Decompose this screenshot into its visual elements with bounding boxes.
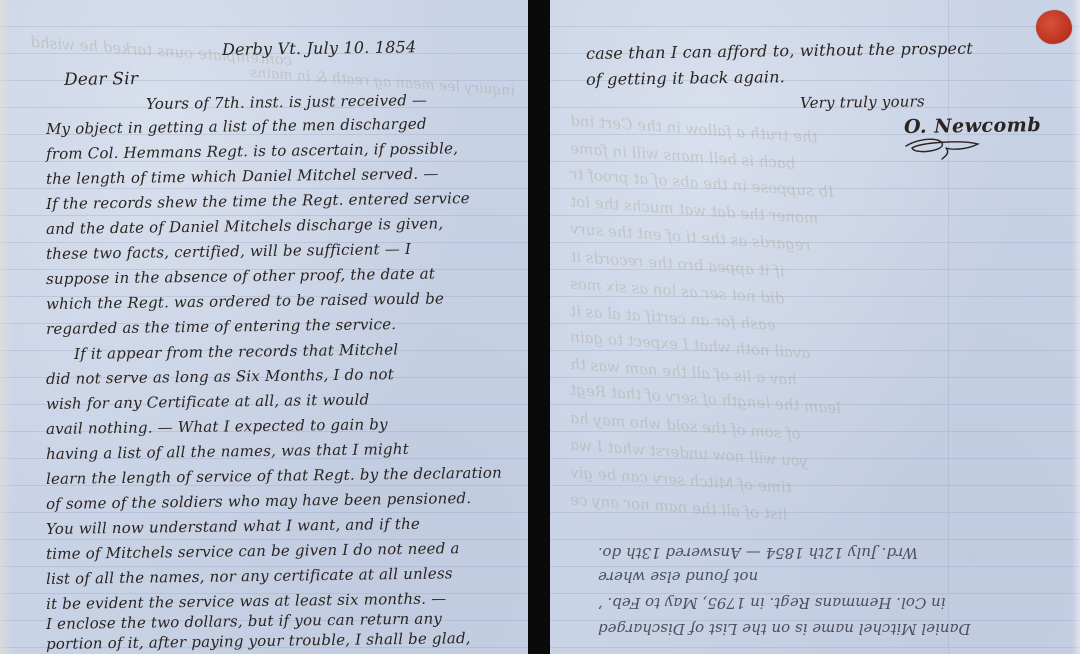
bleed-through-text: hav a lis of all the nam was th xyxy=(570,355,798,389)
letter-line: list of all the names, nor any certifica… xyxy=(46,563,453,589)
paper-edge-shading xyxy=(0,0,12,654)
letter-line: of some of the soldiers who may have bee… xyxy=(46,488,472,514)
letter-line: My object in getting a list of the men d… xyxy=(46,114,427,139)
letter-line: avail nothing. — What I expected to gain… xyxy=(46,414,388,439)
bleed-through-text: the truth a fallow in the Cert ind xyxy=(570,111,819,146)
letter-line: of getting it back again. xyxy=(586,67,785,90)
letter-line: did not serve as long as Six Months, I d… xyxy=(46,364,394,389)
bleed-through-text: time of Mitch serv can be giv xyxy=(570,463,793,496)
letter-dateline: Derby Vt. July 10. 1854 xyxy=(222,37,417,59)
wax-seal xyxy=(1036,10,1072,44)
bleed-through-text: you will now underst what I wa xyxy=(570,436,809,471)
bleed-through-text: avail noth what I expect to gain xyxy=(570,328,811,363)
letter-page-left: contemplate ouns tarked he wishd inquiry… xyxy=(0,0,528,654)
paper-edge-shading xyxy=(1072,0,1080,654)
letter-line: If it appear from the records that Mitch… xyxy=(74,339,399,364)
letter-salutation: Dear Sir xyxy=(64,69,138,90)
docket-line: not found else where xyxy=(598,568,758,586)
letter-line: You will now understand what I want, and… xyxy=(46,514,420,539)
bleed-through-text: did not ser as lon as six mos xyxy=(570,275,785,308)
letter-line: and the date of Daniel Mitchels discharg… xyxy=(46,213,444,239)
bleed-through-text: if it appea bro the records it xyxy=(570,248,786,281)
letter-line: suppose in the absence of other proof, t… xyxy=(46,264,435,289)
bleed-through-text: moner the dat wat muchs the lot xyxy=(570,192,819,227)
docket-note-upside-down: Daniel Mitchel name is on the List of Di… xyxy=(598,530,1068,640)
letter-line: Yours of 7th. inst. is just received — xyxy=(146,90,428,114)
letter-line: If the records shew the time the Regt. e… xyxy=(46,188,470,214)
letter-page-right: the truth a fallow in the Cert ind bach … xyxy=(550,0,1080,654)
bleed-through-text: bach is bell mans will in fame xyxy=(570,139,796,173)
letter-line: learn the length of service of that Regt… xyxy=(46,463,502,489)
letter-line: which the Regt. was ordered to be raised… xyxy=(46,288,444,314)
document-scan: contemplate ouns tarked he wishd inquiry… xyxy=(0,0,1080,654)
letter-line: the length of time which Daniel Mitchel … xyxy=(46,164,439,189)
bleed-through-text: list of all the nam nor any ce xyxy=(570,490,788,523)
letter-line: wish for any Certificate at all, as it w… xyxy=(46,389,370,414)
letter-line: regarded as the time of entering the ser… xyxy=(46,314,396,339)
bleed-through-text: Ib suppose in the abs of at proof tr xyxy=(570,165,835,201)
letter-closing: Very truly yours xyxy=(800,92,925,112)
docket-line: Daniel Mitchel name is on the List of Di… xyxy=(598,620,970,638)
letter-line: case than I can afford to, without the p… xyxy=(586,39,973,64)
letter-line: time of Mitchels service can be given I … xyxy=(46,538,460,564)
letter-line: these two facts, certified, will be suff… xyxy=(46,239,411,264)
letter-line: from Col. Hemmans Regt. is to ascertain,… xyxy=(46,138,458,164)
signature-flourish xyxy=(902,132,982,160)
docket-line: Wrd. July 12th 1854 — Answered 13th do. xyxy=(598,544,918,562)
letter-line: having a list of all the names, was that… xyxy=(46,439,409,464)
bleed-through-text: eash for an certif at al as it xyxy=(570,302,777,334)
bleed-through-text: of som of the sold who may ha xyxy=(570,409,802,443)
bleed-through-text: leam the length of serv of that Regt xyxy=(570,381,842,418)
docket-line: in Col. Hemmans Regt. in 1795, May to Fe… xyxy=(598,594,946,612)
bleed-through-text: regards as the ti of ent the surv xyxy=(570,220,812,255)
